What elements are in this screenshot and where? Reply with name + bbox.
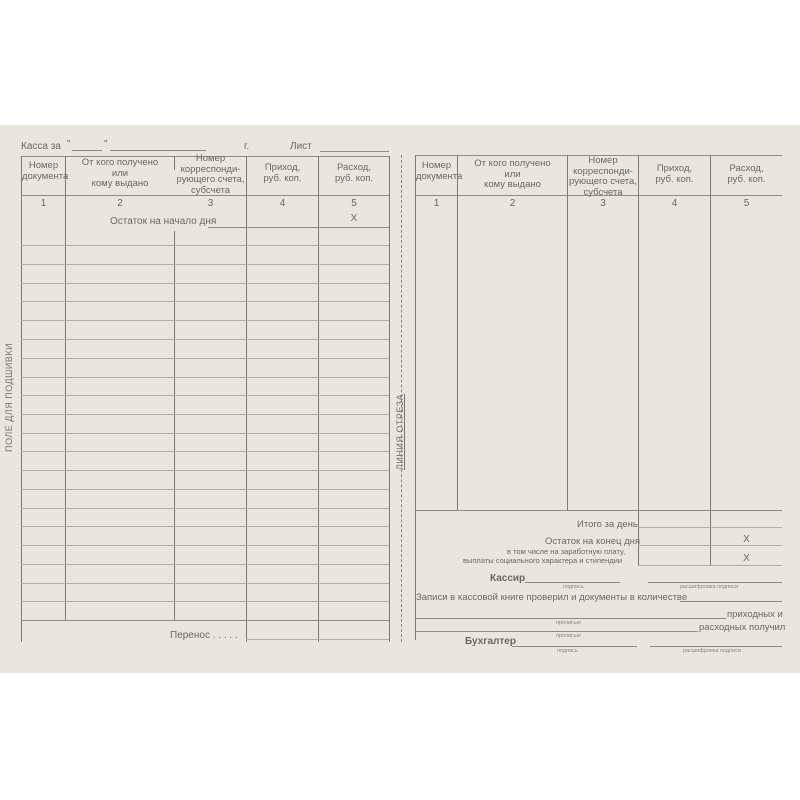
left-header-expense: Расход, руб. коп. xyxy=(319,163,389,184)
left-col-num-3: 3 xyxy=(175,198,246,209)
cut-line-label: ЛИНИЯ ОТРЕЗА xyxy=(395,394,405,470)
closing-balance-row-line[interactable] xyxy=(638,545,782,546)
opening-balance-x: X xyxy=(319,213,389,224)
left-row-line xyxy=(21,508,389,509)
carry-over-field[interactable] xyxy=(246,639,389,640)
cashier-signature-field[interactable] xyxy=(525,582,620,583)
left-header-income: Приход, руб. коп. xyxy=(247,163,318,184)
right-header-account: Номер корреспонди- рующего счета, субсче… xyxy=(568,156,638,198)
left-col-border-4 xyxy=(318,156,319,642)
cashier-label: Кассир xyxy=(490,573,525,584)
opening-balance-field[interactable] xyxy=(208,227,389,228)
left-row-line xyxy=(21,489,389,490)
left-col-border-1 xyxy=(65,156,66,620)
including-line-1: в том числе на заработную плату, xyxy=(507,547,625,556)
binding-margin-label: ПОЛЕ ДЛЯ ПОДШИВКИ xyxy=(4,343,14,452)
left-row-line xyxy=(21,433,389,434)
quote-close: " xyxy=(104,139,108,150)
left-row-line xyxy=(21,414,389,415)
cashier-signature-caption: подпись xyxy=(563,584,584,590)
right-header-from-whom: От кого получено или кому выдано xyxy=(458,159,567,191)
accountant-decode-caption: расшифровка подписи xyxy=(683,648,741,654)
left-header-from-whom: От кого получено или кому выдано xyxy=(66,158,174,190)
outgoing-count-field[interactable] xyxy=(416,631,698,632)
sheet-label: Лист xyxy=(290,141,312,152)
quote-open: " xyxy=(67,139,71,150)
right-col-num-4: 4 xyxy=(639,198,710,209)
left-row-line xyxy=(21,583,389,584)
left-row-line xyxy=(21,564,389,565)
incoming-count-field[interactable] xyxy=(416,618,726,619)
right-col-num-2: 2 xyxy=(458,198,567,209)
left-row-line xyxy=(21,358,389,359)
left-header-doc-number: Номер документа xyxy=(22,161,65,182)
sheet-number-field[interactable] xyxy=(320,151,389,152)
left-row-line xyxy=(21,601,389,602)
carry-over-label: Перенос . . . . . xyxy=(170,630,238,641)
kassa-label: Касса за xyxy=(21,141,61,152)
right-col-border-4 xyxy=(710,155,711,565)
left-row-line xyxy=(21,283,389,284)
left-row-line xyxy=(21,264,389,265)
left-col-num-1: 1 xyxy=(22,198,65,209)
cashier-signature-decode-field[interactable] xyxy=(648,582,782,583)
day-field[interactable] xyxy=(72,150,102,151)
outgoing-in-words-caption: прописью xyxy=(556,633,581,639)
left-row-line xyxy=(21,377,389,378)
left-row-line xyxy=(21,395,389,396)
cashier-decode-caption: расшифровка подписи xyxy=(680,584,738,590)
including-x: X xyxy=(711,553,782,564)
documents-count-field[interactable] xyxy=(680,601,782,602)
accountant-signature-caption: подпись xyxy=(557,648,578,654)
month-field[interactable] xyxy=(110,150,206,151)
left-col-border-2b xyxy=(174,231,175,620)
left-row-line xyxy=(21,339,389,340)
right-col-num-3: 3 xyxy=(568,198,638,209)
outgoing-label: расходных получил xyxy=(699,622,785,633)
left-col-border-0 xyxy=(21,156,22,642)
closing-balance-label: Остаток на конец дня xyxy=(545,536,640,547)
right-col-num-1: 1 xyxy=(416,198,457,209)
left-col-num-4: 4 xyxy=(247,198,318,209)
left-row-line xyxy=(21,301,389,302)
including-line-2: выплаты социального характера и стипенди… xyxy=(463,556,622,565)
left-row-line xyxy=(21,470,389,471)
opening-balance-label: Остаток на начало дня xyxy=(110,216,216,227)
right-col-num-5: 5 xyxy=(711,198,782,209)
right-header-expense: Расход, руб. коп. xyxy=(711,164,782,185)
left-row-line xyxy=(21,451,389,452)
right-header-income: Приход, руб. коп. xyxy=(639,164,710,185)
right-col-border-0 xyxy=(415,155,416,640)
right-header-doc-number: Номер документа xyxy=(416,161,457,182)
left-row-line xyxy=(21,245,389,246)
year-suffix: г. xyxy=(244,141,249,152)
accountant-signature-decode-field[interactable] xyxy=(650,646,782,647)
left-row-line xyxy=(21,526,389,527)
left-col-num-2: 2 xyxy=(66,198,174,209)
incoming-label: приходных и xyxy=(727,609,783,620)
total-for-day-row-line[interactable] xyxy=(638,527,782,528)
right-col-border-3 xyxy=(638,155,639,565)
left-col-border-3 xyxy=(246,156,247,642)
including-row-line[interactable] xyxy=(638,565,782,566)
total-for-day-label: Итого за день xyxy=(577,519,638,530)
left-body-bottom-border xyxy=(21,620,389,621)
checked-text: Записи в кассовой книге проверил и докум… xyxy=(416,592,687,603)
left-header-account: Номер корреспонди- рующего счета, субсче… xyxy=(175,154,246,196)
accountant-label: Бухгалтер xyxy=(465,636,516,647)
left-row-line xyxy=(21,545,389,546)
right-body-bottom-border xyxy=(415,510,782,511)
left-col-num-5: 5 xyxy=(319,198,389,209)
left-col-border-5 xyxy=(389,156,390,642)
left-row-line xyxy=(21,320,389,321)
incoming-in-words-caption: прописью xyxy=(556,620,581,626)
accountant-signature-field[interactable] xyxy=(512,646,637,647)
closing-balance-x: X xyxy=(711,534,782,545)
